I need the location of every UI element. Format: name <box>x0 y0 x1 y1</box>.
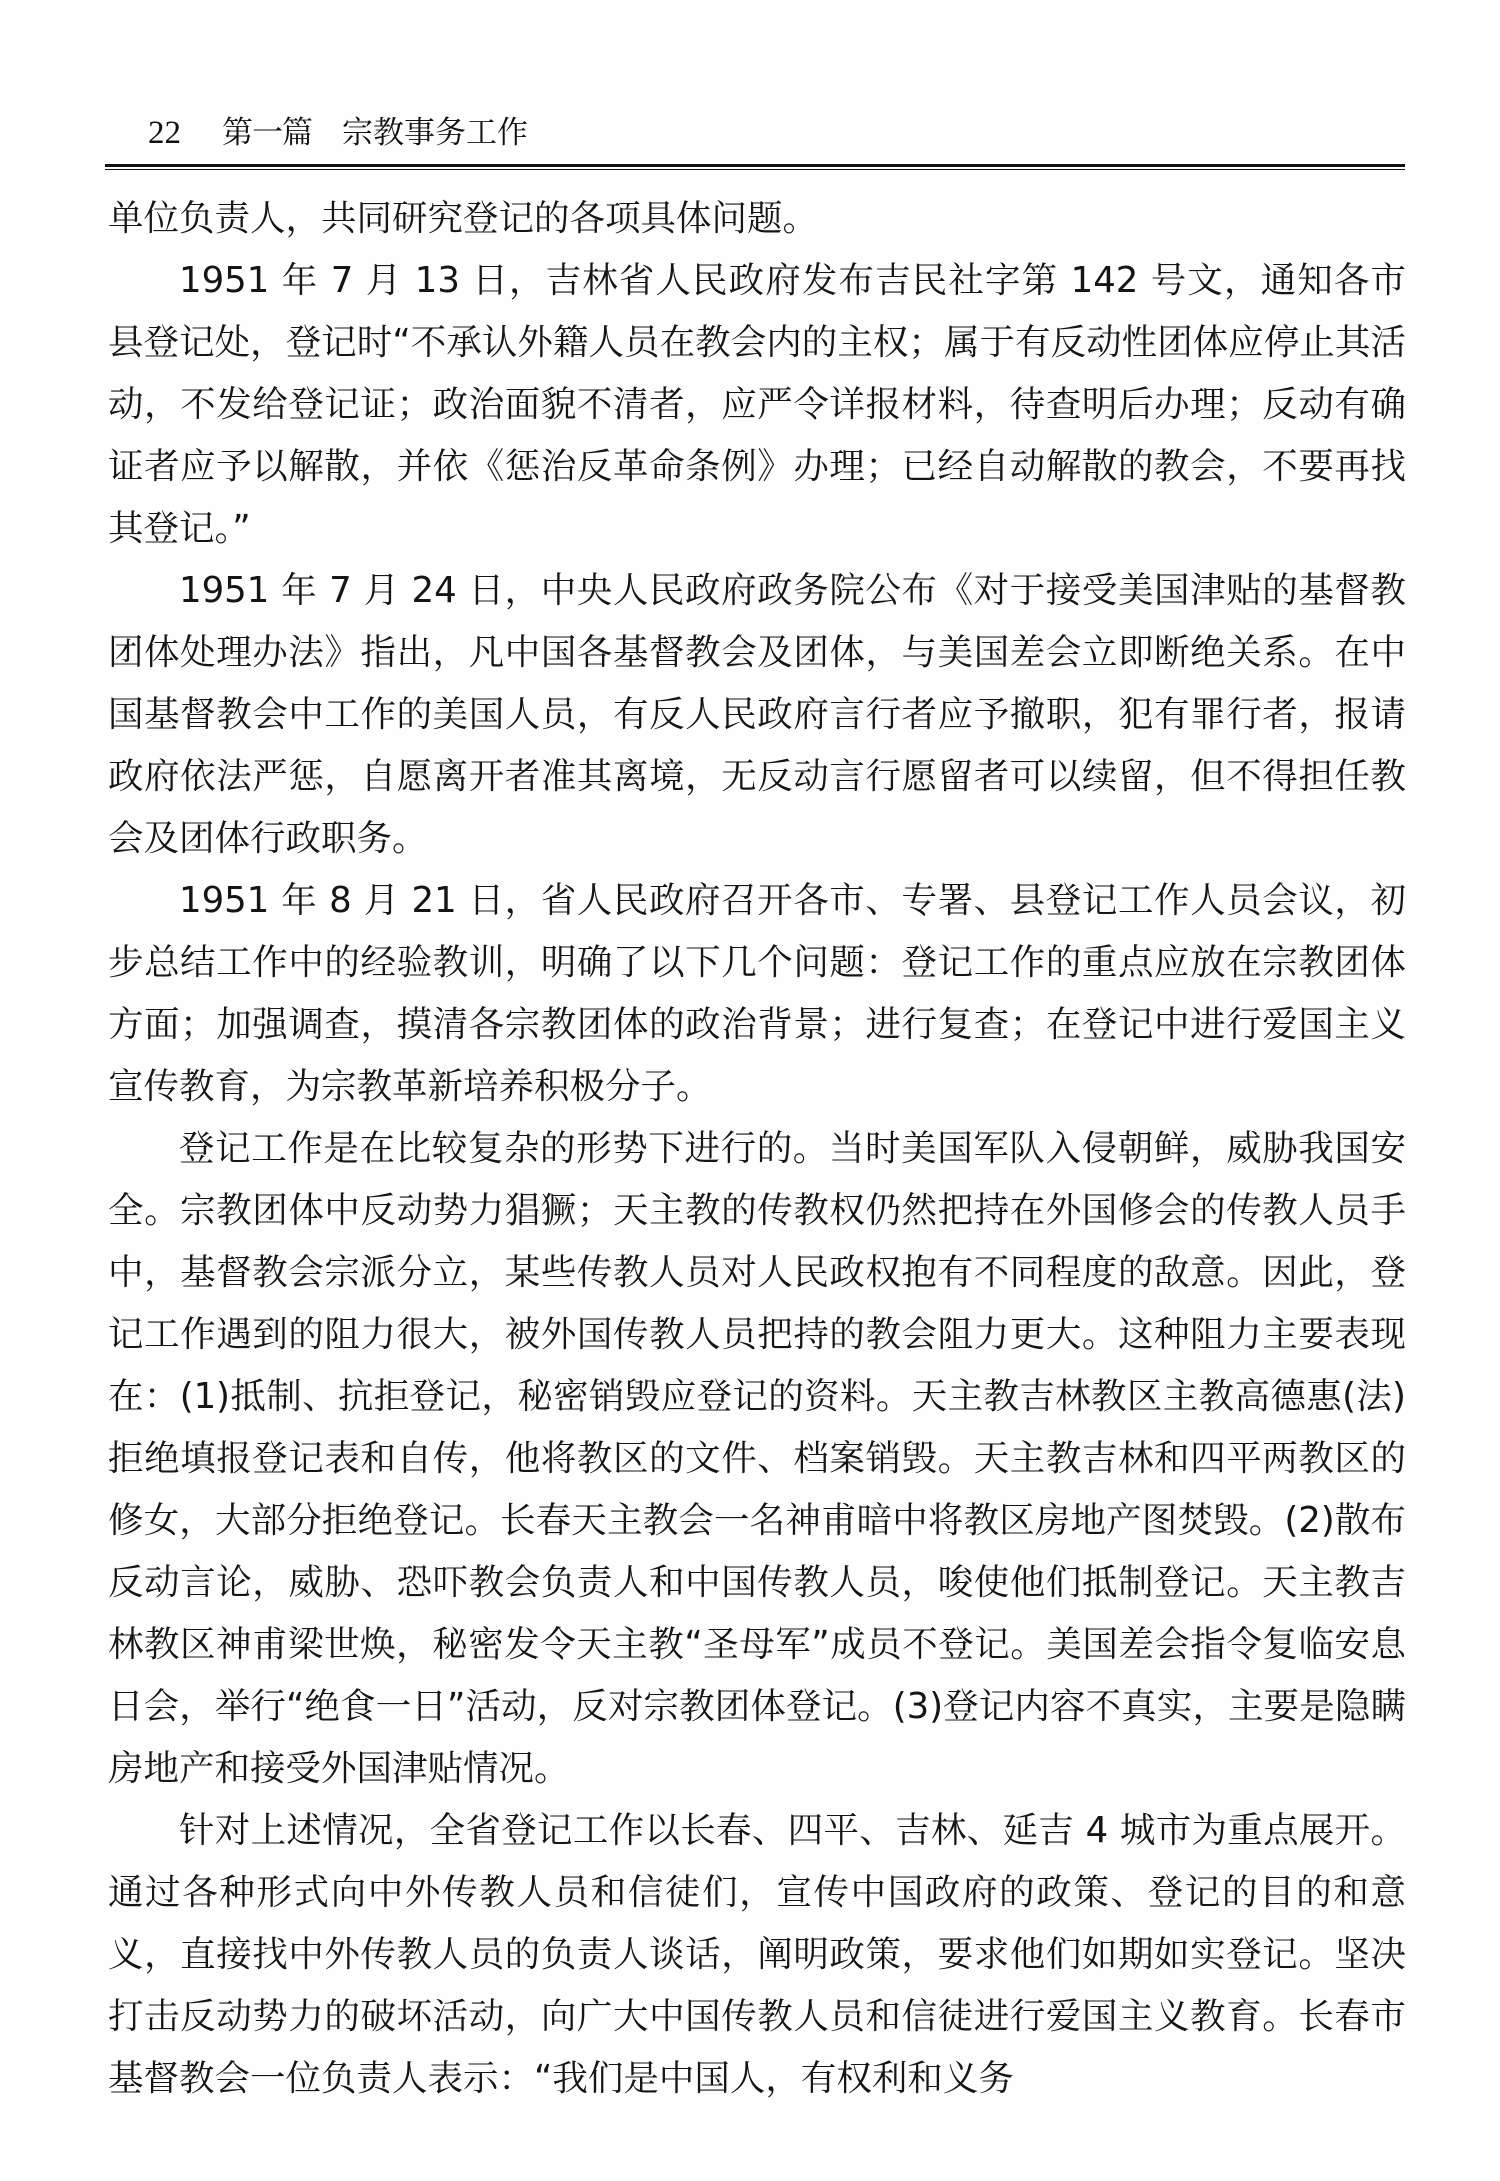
book-page: 22第一篇宗教事务工作 单位负责人，共同研究登记的各项具体问题。 1951 年 … <box>0 0 1500 2181</box>
paragraph: 1951 年 8 月 21 日，省人民政府召开各市、专署、县登记工作人员会议，初… <box>108 870 1406 1118</box>
paragraph: 1951 年 7 月 13 日，吉林省人民政府发布吉民社字第 142 号文，通知… <box>108 250 1406 560</box>
paragraph: 登记工作是在比较复杂的形势下进行的。当时美国军队入侵朝鲜，威胁我国安全。宗教团体… <box>108 1118 1406 1800</box>
header-rule-thick <box>105 164 1405 167</box>
paragraph-continued: 单位负责人，共同研究登记的各项具体问题。 <box>108 188 1406 250</box>
paragraph: 针对上述情况，全省登记工作以长春、四平、吉林、延吉 4 城市为重点展开。通过各种… <box>108 1800 1406 2110</box>
body-text: 单位负责人，共同研究登记的各项具体问题。 1951 年 7 月 13 日，吉林省… <box>108 188 1406 2110</box>
header-rule-thin <box>105 169 1405 170</box>
section-title: 宗教事务工作 <box>342 108 528 158</box>
paragraph: 1951 年 7 月 24 日，中央人民政府政务院公布《对于接受美国津贴的基督教… <box>108 560 1406 870</box>
part-label: 第一篇 <box>222 108 312 158</box>
page-number: 22 <box>148 108 222 158</box>
running-head: 22第一篇宗教事务工作 <box>148 108 528 158</box>
